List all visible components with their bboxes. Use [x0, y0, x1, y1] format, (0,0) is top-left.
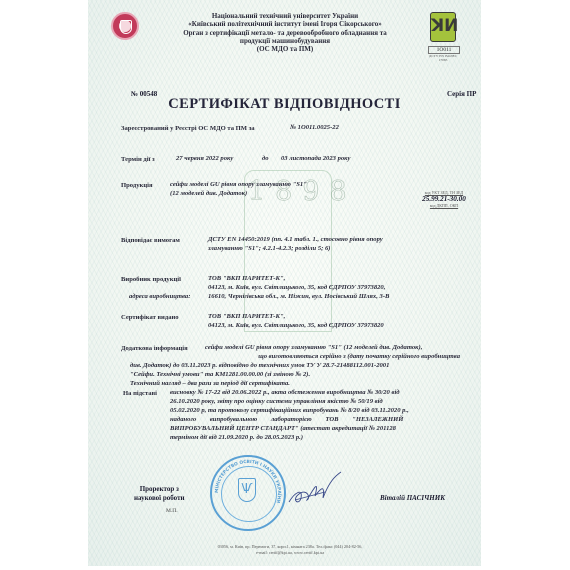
additional-line: "Сейфи. Технічні умови" та КМ1281.00.00.… [130, 370, 460, 379]
code-value: 25.99.21-30.00 [408, 195, 480, 203]
ukraine-trident-icon: Ѱ [238, 478, 256, 502]
basis-line: 26.10.2020 року, звіту про оцінку систем… [170, 397, 460, 406]
additional-line: що виготовляються серійно з (дату початк… [130, 352, 460, 361]
requirements-label: Відповідає вимогам [121, 237, 180, 244]
manufacturer-value: ТОВ "ВКП ПАРИТЕТ-К", 04123, м. Київ, вул… [208, 274, 385, 292]
additional-line: див. Додаток) до 03.11.2023 р. відповідн… [130, 361, 460, 370]
issued-to-line: ТОВ "ВКП ПАРИТЕТ-К", [208, 312, 384, 321]
issued-to-label: Сертифікат видано [121, 314, 179, 321]
manufacturer-line: 04123, м. Київ, вул. Світлицького, 35, к… [208, 283, 385, 292]
stamp-mark: М.П. [166, 508, 178, 514]
basis-line: ВИПРОБУВАЛЬНИЙ ЦЕНТР СТАНДАРТ" (атестат … [170, 424, 460, 433]
basis-line: наданого випробувальною лабораторією ТОВ… [170, 415, 460, 424]
signer-name: Віталій ПАСІЧНИК [380, 494, 445, 502]
position-line: Проректор з [134, 485, 185, 494]
term-from: 27 червня 2022 року [176, 154, 233, 163]
product-value: сейфи моделі GU рівня опору зламуванню "… [170, 180, 307, 198]
production-address-label: адреса виробництва: [129, 292, 190, 301]
header-line: продукції машинобудування [150, 37, 420, 45]
footer-line: e-mail: certif@kpi.ua, www.certif.kpi.ua [180, 550, 400, 556]
requirements-line: ДСТУ EN 14450:2019 (пп. 4.1 табл. 1., ст… [208, 235, 383, 244]
header-line: (ОС МДО та ПМ) [150, 45, 420, 53]
code-bottom-label: код ДКПП, ОКП [408, 203, 480, 208]
basis-value: висновку № 17-22 від 20.06.2022 р., акта… [170, 388, 460, 442]
basis-line: висновку № 17-22 від 20.06.2022 р., акта… [170, 388, 460, 397]
manufacturer-line: ТОВ "ВКП ПАРИТЕТ-К", [208, 274, 385, 283]
basis-line: 05.02.2020 р, та протоколу сертифікаційн… [170, 406, 460, 415]
kpi-emblem-icon [111, 12, 139, 40]
issued-to-value: ТОВ "ВКП ПАРИТЕТ-К", 04123, м. Київ, вул… [208, 312, 384, 330]
term-to-label: до [262, 154, 269, 163]
product-line: сейфи моделі GU рівня опору зламуванню "… [170, 180, 307, 189]
signature-icon [285, 470, 345, 510]
term-label: Термін дії з [121, 156, 155, 163]
basis-line: терміном дії від 21.09.2020 р. до 28.05.… [170, 433, 460, 442]
production-address: 16610, Чернігівська обл., м. Ніжин, вул.… [208, 292, 389, 301]
additional-label: Додаткова інформація [121, 345, 188, 352]
requirements-value: ДСТУ EN 14450:2019 (пп. 4.1 табл. 1., ст… [208, 235, 383, 253]
product-label: Продукція [121, 182, 153, 189]
registered-value: № 1О011.0025-22 [290, 123, 339, 132]
term-to: 03 листопада 2023 року [281, 154, 350, 163]
accreditation-logo-icon: ꓘИ [430, 12, 456, 42]
position-line: наукової роботи [134, 494, 185, 503]
footer-contacts: 03056, м. Київ, пр. Перемоги, 37, корп.1… [180, 544, 400, 555]
header-line: Національний технічний університет Украї… [150, 12, 420, 20]
manufacturer-label: Виробник продукції [121, 276, 181, 283]
page-title: СЕРТИФІКАТ ВІДПОВІДНОСТІ [88, 96, 481, 113]
header-line: Орган з сертифікації метало- та деревооб… [150, 29, 420, 37]
issuer-header: Національний технічний університет Украї… [150, 12, 420, 53]
issued-to-line: 04123, м. Київ, вул. Світлицького, 35, к… [208, 321, 384, 330]
additional-value: що виготовляються серійно з (дату початк… [130, 352, 460, 388]
accreditation-standard: ДСТУ EN ISO/IEC 17065 [426, 54, 460, 62]
additional-first-line: сейфи моделі GU рівня опору зламуванню "… [205, 343, 422, 352]
requirements-line: зламуванню "S1"; 4.2.1-4.2.3; розділи 5;… [208, 244, 383, 253]
header-line: «Київський політехнічний інститут імені … [150, 20, 420, 28]
registered-label: Зареєстрований у Реєстрі ОС МДО та ПМ за [121, 125, 255, 132]
basis-label: На підставі [123, 390, 157, 397]
additional-line: Технічний нагляд – два рази за період ді… [130, 379, 460, 388]
accreditation-code: 1О011 [428, 46, 460, 54]
product-code: код УКТ ЗЕД, ТН ЗЕД 25.99.21-30.00 код Д… [408, 190, 480, 208]
signer-position: Проректор з наукової роботи [134, 485, 185, 503]
product-line: (12 моделей див. Додаток) [170, 189, 307, 198]
